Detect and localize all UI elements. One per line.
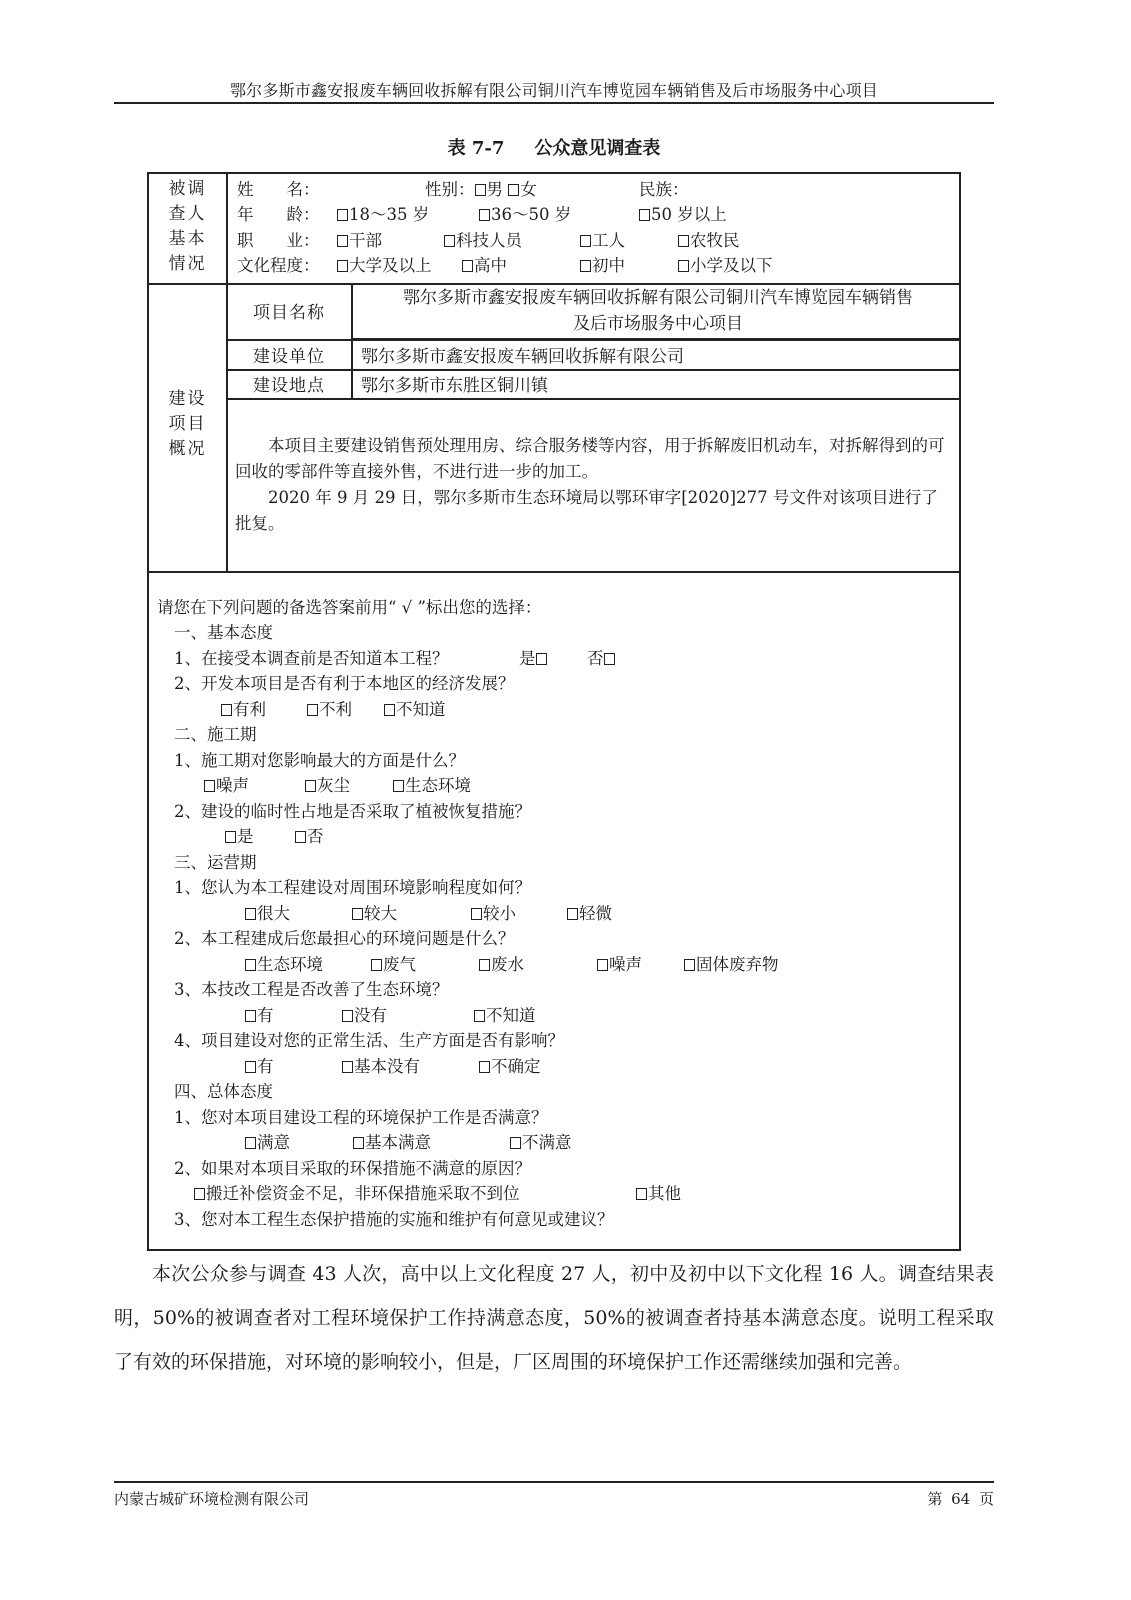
checkbox[interactable] xyxy=(536,653,547,665)
option-label: 36～50 岁 xyxy=(491,205,571,224)
checkbox[interactable] xyxy=(567,908,578,920)
option-label: 噪声 xyxy=(609,955,642,974)
label-line: 建设 xyxy=(149,387,226,412)
checkbox[interactable] xyxy=(678,260,689,272)
label-line: 概况 xyxy=(149,437,226,462)
section-title: 三、运营期 xyxy=(174,850,257,876)
checkbox[interactable] xyxy=(479,209,490,221)
footer-divider xyxy=(114,1481,994,1483)
option-label: 不满意 xyxy=(522,1133,572,1152)
option[interactable]: 生态环境 xyxy=(245,952,323,978)
checkbox[interactable] xyxy=(337,260,348,272)
option-label: 不确定 xyxy=(491,1057,541,1076)
option-label: 搬迁补偿资金不足，非环保措施采取不到位 xyxy=(206,1184,520,1203)
checkbox[interactable] xyxy=(384,704,395,716)
option-label: 男 xyxy=(487,180,504,199)
checkbox-female[interactable] xyxy=(508,184,519,196)
row-divider xyxy=(226,398,959,400)
option[interactable]: 不满意 xyxy=(510,1130,572,1156)
checkbox[interactable] xyxy=(444,235,455,247)
checkbox[interactable] xyxy=(342,1061,353,1073)
question: 2、如果对本项目采取的环保措施不满意的原因？ xyxy=(174,1156,531,1182)
option-label: 轻微 xyxy=(579,904,612,923)
option[interactable]: 灰尘 xyxy=(305,773,350,799)
option-label: 有 xyxy=(257,1057,274,1076)
checkbox[interactable] xyxy=(295,831,306,843)
footer-company: 内蒙古城矿环境检测有限公司 xyxy=(114,1488,309,1509)
checkbox[interactable] xyxy=(305,780,316,792)
question: 3、本技改工程是否改善了生态环境？ xyxy=(174,977,449,1003)
option[interactable]: 不确定 xyxy=(479,1054,541,1080)
question: 1、施工期对您影响最大的方面是什么？ xyxy=(174,748,465,774)
option-label: 否 xyxy=(587,649,604,668)
option[interactable]: 是 xyxy=(519,646,548,672)
option[interactable]: 轻微 xyxy=(567,901,612,927)
option[interactable]: 固体废弃物 xyxy=(684,952,779,978)
question: 1、在接受本调查前是否知道本工程？ xyxy=(174,646,449,672)
question: 3、您对本工程生态保护措施的实施和维护有何意见或建议？ xyxy=(174,1207,614,1233)
question: 1、您认为本工程建设对周围环境影响程度如何？ xyxy=(174,875,531,901)
checkbox[interactable] xyxy=(245,1137,256,1149)
option-label: 否 xyxy=(307,827,324,846)
section-title: 一、基本态度 xyxy=(174,620,273,646)
option[interactable]: 不知道 xyxy=(384,697,446,723)
option-label: 大学及以上 xyxy=(349,256,432,275)
option[interactable]: 否 xyxy=(587,646,616,672)
table-caption: 表 7-7公众意见调查表 xyxy=(114,134,994,160)
project-description: 本项目主要建设销售预处理用房、综合服务楼等内容，用于拆解废旧机动车，对拆解得到的… xyxy=(235,433,953,537)
option[interactable]: 是 xyxy=(225,824,254,850)
table-number: 表 7-7 xyxy=(448,138,505,159)
page-number: 第 64 页 xyxy=(880,1488,994,1509)
description-paragraph: 本项目主要建设销售预处理用房、综合服务楼等内容，用于拆解废旧机动车，对拆解得到的… xyxy=(235,433,953,485)
checkbox[interactable] xyxy=(597,959,608,971)
option-label: 基本满意 xyxy=(365,1133,431,1152)
edu-option-1[interactable]: 大学及以上 xyxy=(337,253,432,279)
respondent-section-label: 被调 查人 基本 情况 xyxy=(149,177,226,277)
row-divider xyxy=(149,571,959,573)
row-divider xyxy=(226,339,351,341)
option[interactable]: 不知道 xyxy=(474,1003,536,1029)
option-label: 较小 xyxy=(483,904,516,923)
edu-option-4[interactable]: 小学及以下 xyxy=(678,253,773,279)
option-label: 是 xyxy=(519,649,536,668)
construction-location-value: 鄂尔多斯市东胜区铜川镇 xyxy=(361,371,548,396)
age-row: 年 龄： xyxy=(237,202,320,228)
checkbox[interactable] xyxy=(479,959,490,971)
survey-instruction: 请您在下列问题的备选答案前用“ √ ”标出您的选择： xyxy=(157,595,541,621)
option-label: 噪声 xyxy=(216,776,249,795)
checkbox[interactable] xyxy=(352,908,363,920)
checkbox[interactable] xyxy=(353,1137,364,1149)
option[interactable]: 较小 xyxy=(471,901,516,927)
option-label: 18～35 岁 xyxy=(349,205,429,224)
option-label: 固体废弃物 xyxy=(696,955,779,974)
option-label: 废水 xyxy=(491,955,524,974)
section-title: 二、施工期 xyxy=(174,722,257,748)
project-name-label: 项目名称 xyxy=(227,298,351,323)
label-line: 情况 xyxy=(149,252,226,277)
checkbox[interactable] xyxy=(479,1061,490,1073)
checkbox[interactable] xyxy=(510,1137,521,1149)
option-label: 小学及以下 xyxy=(690,256,773,275)
option-label: 干部 xyxy=(349,231,382,250)
document-header-title: 鄂尔多斯市鑫安报废车辆回收拆解有限公司铜川汽车博览园车辆销售及后市场服务中心项目 xyxy=(114,78,994,101)
col-divider xyxy=(351,283,353,398)
option-label: 50 岁以上 xyxy=(651,205,727,224)
checkbox[interactable] xyxy=(462,260,473,272)
checkbox[interactable] xyxy=(393,780,404,792)
option-label: 女 xyxy=(520,180,537,199)
label-line: 项目 xyxy=(149,412,226,437)
checkbox[interactable] xyxy=(580,235,591,247)
checkbox[interactable] xyxy=(194,1188,205,1200)
name-label: 姓 名： xyxy=(237,180,320,199)
option-label: 基本没有 xyxy=(354,1057,420,1076)
option-label: 有利 xyxy=(233,700,266,719)
construction-location-label: 建设地点 xyxy=(227,371,351,396)
question: 2、开发本项目是否有利于本地区的经济发展？ xyxy=(174,671,515,697)
job-option-4[interactable]: 农牧民 xyxy=(678,228,740,254)
option[interactable]: 基本满意 xyxy=(353,1130,431,1156)
checkbox[interactable] xyxy=(678,235,689,247)
option-label: 不知道 xyxy=(396,700,446,719)
checkbox[interactable] xyxy=(684,959,695,971)
checkbox[interactable] xyxy=(245,1061,256,1073)
gender-field: 性别：男 女 xyxy=(425,177,537,203)
age-label: 年 龄： xyxy=(237,205,320,224)
option-label: 生态环境 xyxy=(257,955,323,974)
section-title: 四、总体态度 xyxy=(174,1079,273,1105)
question: 2、本工程建成后您最担心的环境问题是什么？ xyxy=(174,926,515,952)
option[interactable]: 搬迁补偿资金不足，非环保措施采取不到位 xyxy=(194,1181,520,1207)
option[interactable]: 较大 xyxy=(352,901,397,927)
job-label: 职 业： xyxy=(237,231,320,250)
construction-unit-label: 建设单位 xyxy=(227,342,351,367)
education-label: 文化程度： xyxy=(237,256,320,275)
row-divider-thick xyxy=(352,338,959,341)
option[interactable]: 没有 xyxy=(342,1003,387,1029)
checkbox[interactable] xyxy=(639,209,650,221)
option-label: 不知道 xyxy=(486,1006,536,1025)
checkbox[interactable] xyxy=(337,235,348,247)
checkbox[interactable] xyxy=(221,704,232,716)
table-title: 公众意见调查表 xyxy=(534,138,660,159)
job-option-1[interactable]: 干部 xyxy=(337,228,382,254)
option[interactable]: 有 xyxy=(245,1054,274,1080)
option[interactable]: 满意 xyxy=(245,1130,290,1156)
option-label: 很大 xyxy=(257,904,290,923)
job-option-2[interactable]: 科技人员 xyxy=(444,228,522,254)
option-label: 灰尘 xyxy=(317,776,350,795)
project-name-line2: 及后市场服务中心项目 xyxy=(359,311,957,337)
label-line: 基本 xyxy=(149,227,226,252)
option-label: 科技人员 xyxy=(456,231,522,250)
gender-label: 性别： xyxy=(425,180,475,199)
option-label: 初中 xyxy=(592,256,625,275)
checkbox-male[interactable] xyxy=(475,184,486,196)
label-line: 被调 xyxy=(149,177,226,202)
ethnicity-field: 民族： xyxy=(639,177,689,203)
question: 4、项目建设对您的正常生活、生产方面是否有影响？ xyxy=(174,1028,564,1054)
label-line: 查人 xyxy=(149,202,226,227)
checkbox[interactable] xyxy=(307,704,318,716)
option[interactable]: 其他 xyxy=(636,1181,681,1207)
option-label: 较大 xyxy=(364,904,397,923)
description-paragraph: 2020 年 9 月 29 日，鄂尔多斯市生态环境局以鄂环审字[2020]277… xyxy=(235,485,953,537)
checkbox[interactable] xyxy=(604,653,615,665)
option[interactable]: 废气 xyxy=(371,952,416,978)
header-divider xyxy=(114,102,994,104)
checkbox[interactable] xyxy=(245,908,256,920)
checkbox[interactable] xyxy=(342,1010,353,1022)
option-label: 其他 xyxy=(648,1184,681,1203)
option-label: 农牧民 xyxy=(690,231,740,250)
checkbox[interactable] xyxy=(636,1188,647,1200)
checkbox[interactable] xyxy=(474,1010,485,1022)
checkbox[interactable] xyxy=(337,209,348,221)
checkbox[interactable] xyxy=(204,780,215,792)
job-row: 职 业： xyxy=(237,228,320,254)
option-label: 不利 xyxy=(319,700,352,719)
option[interactable]: 噪声 xyxy=(204,773,249,799)
job-option-3[interactable]: 工人 xyxy=(580,228,625,254)
option-label: 没有 xyxy=(354,1006,387,1025)
option[interactable]: 废水 xyxy=(479,952,524,978)
survey-summary: 本次公众参与调查 43 人次，高中以上文化程度 27 人，初中及初中以下文化程 … xyxy=(114,1252,994,1384)
option[interactable]: 否 xyxy=(295,824,324,850)
option-label: 有 xyxy=(257,1006,274,1025)
option-label: 是 xyxy=(237,827,254,846)
option[interactable]: 不利 xyxy=(307,697,352,723)
option[interactable]: 有利 xyxy=(221,697,266,723)
option[interactable]: 基本没有 xyxy=(342,1054,420,1080)
edu-option-3[interactable]: 初中 xyxy=(580,253,625,279)
checkbox[interactable] xyxy=(225,831,236,843)
project-section-label: 建设 项目 概况 xyxy=(149,387,226,462)
option-label: 高中 xyxy=(474,256,507,275)
construction-unit-value: 鄂尔多斯市鑫安报废车辆回收拆解有限公司 xyxy=(361,342,684,367)
option[interactable]: 很大 xyxy=(245,901,290,927)
checkbox[interactable] xyxy=(580,260,591,272)
option[interactable]: 有 xyxy=(245,1003,274,1029)
option-label: 满意 xyxy=(257,1133,290,1152)
edu-option-2[interactable]: 高中 xyxy=(462,253,507,279)
age-option-3[interactable]: 50 岁以上 xyxy=(639,202,727,228)
name-row: 姓 名： xyxy=(237,177,320,203)
question: 2、建设的临时性占地是否采取了植被恢复措施？ xyxy=(174,799,531,825)
checkbox[interactable] xyxy=(371,959,382,971)
age-option-1[interactable]: 18～35 岁 xyxy=(337,202,429,228)
option[interactable]: 噪声 xyxy=(597,952,642,978)
checkbox[interactable] xyxy=(245,1010,256,1022)
option-label: 生态环境 xyxy=(405,776,471,795)
question: 1、您对本项目建设工程的环境保护工作是否满意？ xyxy=(174,1105,548,1131)
checkbox[interactable] xyxy=(245,959,256,971)
education-row: 文化程度： xyxy=(237,253,320,279)
project-name-value: 鄂尔多斯市鑫安报废车辆回收拆解有限公司铜川汽车博览园车辆销售 及后市场服务中心项… xyxy=(359,285,957,337)
option-label: 废气 xyxy=(383,955,416,974)
checkbox[interactable] xyxy=(471,908,482,920)
option[interactable]: 生态环境 xyxy=(393,773,471,799)
age-option-2[interactable]: 36～50 岁 xyxy=(479,202,571,228)
survey-table: 被调 查人 基本 情况 姓 名： 性别：男 女 民族： 年 龄： 18～35 岁… xyxy=(147,172,961,1251)
ethnicity-label: 民族： xyxy=(639,180,689,199)
project-name-line1: 鄂尔多斯市鑫安报废车辆回收拆解有限公司铜川汽车博览园车辆销售 xyxy=(359,285,957,311)
option-label: 工人 xyxy=(592,231,625,250)
